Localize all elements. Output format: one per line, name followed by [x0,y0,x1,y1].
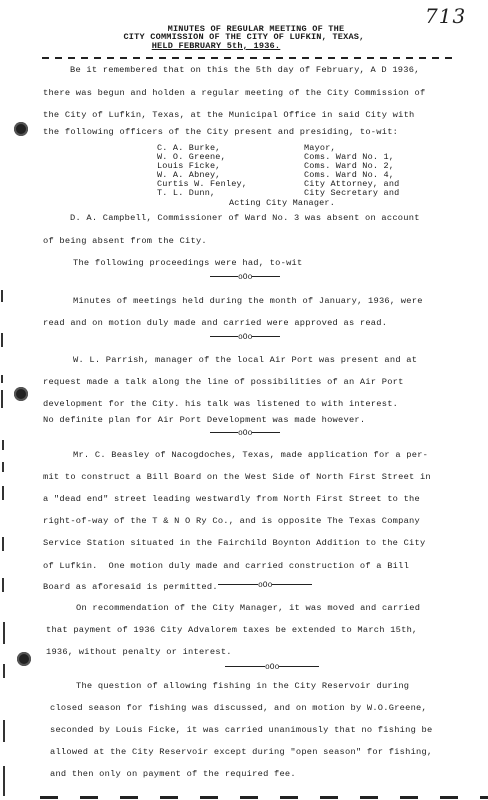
text-line: a "dead end" street leading westwardly f… [43,494,420,504]
margin-mark [1,390,3,408]
margin-mark [3,622,5,644]
text-line: right-of-way of the T & N O Ry Co., and … [43,516,420,526]
text-line: read and on motion duly made and carried… [43,318,387,328]
section-separator: oOo [210,273,280,283]
officer-title: City Secretary and [304,188,399,198]
margin-mark [1,290,3,302]
text-line: seconded by Louis Ficke, it was carried … [50,725,432,735]
section-separator: oOo [210,429,280,439]
header-dashed-rule [42,57,457,59]
text-line: that payment of 1936 City Advalorem taxe… [46,625,418,635]
margin-mark [3,720,5,742]
section-separator: oOo [218,581,312,591]
margin-mark [3,766,5,796]
text-line: Service Station situated in the Fairchil… [43,538,425,548]
text-line: there was begun and holden a regular mee… [43,88,425,98]
officer-name: T. L. Dunn, [157,188,215,198]
hole-punch-icon [17,652,31,666]
separator-glyph: oOo [238,273,252,282]
officer-footer: Acting City Manager. [229,198,335,208]
text-line: Be it remembered that on this the 5th da… [70,65,420,75]
document-page: 713 MINUTES OF REGULAR MEETING OF THE CI… [0,0,488,800]
separator-glyph: oOo [238,429,252,438]
separator-glyph: oOo [258,581,272,590]
scan-bottom-artifact [40,796,488,799]
text-line: On recommendation of the City Manager, i… [76,603,420,613]
hole-punch-icon [14,387,28,401]
margin-mark [2,440,4,450]
text-line: D. A. Campbell, Commissioner of Ward No.… [70,213,420,223]
text-line: No definite plan for Air Port Developmen… [43,415,365,425]
section-separator: oOo [225,663,319,673]
text-line: The question of allowing fishing in the … [76,681,409,691]
text-line: Minutes of meetings held during the mont… [73,296,423,306]
text-line: request made a talk along the line of po… [43,377,404,387]
separator-glyph: oOo [265,663,279,672]
text-line: the following officers of the City prese… [43,127,398,137]
separator-glyph: oOo [238,333,252,342]
text-line: of being absent from the City. [43,236,207,246]
header-line-3: HELD FEBRUARY 5th, 1936. [0,42,460,51]
margin-mark [2,462,4,472]
margin-mark [2,486,4,500]
text-line: closed season for fishing was discussed,… [50,703,427,713]
section-separator: oOo [210,333,280,343]
text-line: Mr. C. Beasley of Nacogdoches, Texas, ma… [73,450,428,460]
text-line: allowed at the City Reservoir except dur… [50,747,432,757]
text-line: and then only on payment of the required… [50,769,296,779]
text-line: 1936, without penalty or interest. [46,647,232,657]
text-line: the City of Lufkin, Texas, at the Munici… [43,110,415,120]
text-line: The following proceedings were had, to-w… [73,258,302,268]
text-line: mit to construct a Bill Board on the Wes… [43,472,431,482]
margin-mark [1,375,3,383]
text-line: of Lufkin. One motion duly made and carr… [43,561,409,571]
text-line: Board as aforesaid is permitted. [43,582,218,592]
hole-punch-icon [14,122,28,136]
text-line: W. L. Parrish, manager of the local Air … [73,355,417,365]
margin-mark [2,578,4,592]
header-line-3-text: HELD FEBRUARY 5th, 1936. [152,41,281,51]
text-line: development for the City. his talk was l… [43,399,398,409]
margin-mark [1,333,3,347]
margin-mark [2,537,4,551]
margin-mark [3,664,5,678]
